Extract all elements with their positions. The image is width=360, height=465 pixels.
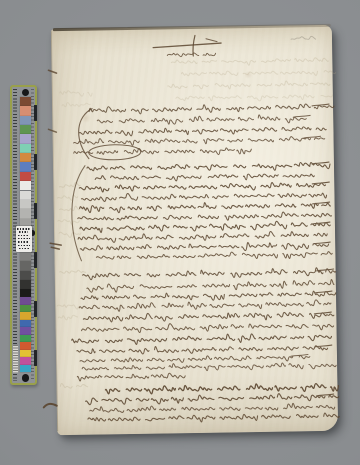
color-patch-gray-75 xyxy=(20,200,31,209)
pencil-folio-mark-line xyxy=(291,36,316,39)
paragraph-1-line xyxy=(79,126,326,137)
paragraph-2-line xyxy=(96,251,332,262)
color-patch-lavender xyxy=(20,134,31,143)
paragraph-3-line xyxy=(77,344,332,355)
paragraph-2-line xyxy=(78,211,332,222)
paragraph-4-line xyxy=(88,413,339,424)
color-patch-green-2 xyxy=(20,305,31,313)
color-patch-blue xyxy=(20,162,31,171)
binding-stitch-2 xyxy=(48,129,56,132)
paragraph-2-line xyxy=(80,220,330,232)
top-registration-dot xyxy=(22,89,29,96)
paragraph-1-line xyxy=(74,147,252,157)
paragraph-2-line xyxy=(95,172,314,182)
paragraph-3-line xyxy=(72,333,332,346)
color-patch-gray-90 xyxy=(20,191,31,200)
focus-bar xyxy=(34,154,37,170)
handwriting-layer xyxy=(51,25,338,435)
color-patch-blue-2 xyxy=(20,320,31,328)
bleedthrough-ghosts-line xyxy=(58,315,77,320)
paragraph-2-line xyxy=(80,201,331,214)
paragraph-3-line xyxy=(77,373,185,381)
paragraph-3-line xyxy=(82,361,336,373)
bleedthrough-ghosts-line xyxy=(60,270,86,273)
color-patch-orange xyxy=(20,153,31,162)
gray-patch-gray-25 xyxy=(20,261,31,270)
bleedthrough-ghosts-line xyxy=(62,102,90,107)
barcode-row xyxy=(17,228,30,230)
gray-patch-gray-35 xyxy=(20,252,31,261)
archival-photo-scene xyxy=(0,0,360,465)
color-patch-amber xyxy=(20,312,31,320)
paragraph-1-line xyxy=(97,114,310,126)
paragraph-2-line xyxy=(80,241,330,253)
color-patch-salmon xyxy=(20,106,31,115)
bleedthrough-ghosts-line xyxy=(60,383,87,388)
barcode-row xyxy=(19,231,28,233)
focus-bar xyxy=(34,105,37,121)
paragraph-3-line xyxy=(87,279,334,292)
invocation-cross-tick xyxy=(206,39,217,42)
paragraph-3-line xyxy=(81,290,336,302)
color-patch-gray-60 xyxy=(20,209,31,218)
paragraph-1-line xyxy=(89,103,334,115)
paragraph-4-line xyxy=(90,403,335,413)
bleedthrough-ghosts-line xyxy=(60,206,80,211)
color-calibration-target xyxy=(10,85,37,385)
bleedthrough-ghosts-line xyxy=(57,195,77,200)
binding-stitch-3 xyxy=(50,243,61,249)
color-patch-red-orange xyxy=(20,342,31,350)
paragraph-2-line xyxy=(79,182,329,193)
color-patch-mint xyxy=(20,144,31,153)
gray-patch-gray-10 xyxy=(20,280,31,289)
docket-word-line xyxy=(167,53,215,57)
barcode-row xyxy=(18,245,31,247)
margin-brace-paragraph-1 xyxy=(78,109,93,159)
paragraph-2-line xyxy=(81,190,326,201)
bleedthrough-ghosts-line xyxy=(60,90,92,96)
invocation-cross-horizontal xyxy=(153,43,221,48)
color-patch-yellow xyxy=(20,350,31,358)
paragraph-3-line xyxy=(83,310,334,322)
color-patch-green-3 xyxy=(20,335,31,343)
paragraph-3-line xyxy=(80,354,310,364)
color-patch-violet xyxy=(20,327,31,335)
color-patch-green xyxy=(20,125,31,134)
bleedthrough-ghosts-line xyxy=(58,219,80,224)
barcode-row xyxy=(18,238,30,240)
bleedthrough-ghosts-line xyxy=(176,94,333,102)
color-patch-magenta xyxy=(20,357,31,365)
bleedthrough-ghosts-line xyxy=(57,305,78,310)
binding-stitch-1 xyxy=(48,70,56,73)
barcode-row xyxy=(18,235,29,237)
barcode-row xyxy=(19,248,29,250)
color-patch-white xyxy=(20,181,31,190)
paragraph-2-line xyxy=(78,231,327,243)
focus-bar xyxy=(34,252,37,268)
paragraph-2-line xyxy=(87,162,330,173)
manufacturer-mini-label xyxy=(13,345,18,373)
gray-patch-gray-18 xyxy=(20,271,31,280)
focus-bar xyxy=(34,350,37,366)
color-patch-slate-blue xyxy=(20,116,31,125)
bleedthrough-ghosts-line xyxy=(59,232,81,238)
paragraph-3-line xyxy=(81,321,333,333)
manuscript-leaf xyxy=(51,25,338,435)
barcode-label xyxy=(16,226,33,252)
color-patch-cyan xyxy=(20,365,31,373)
focus-bar xyxy=(34,301,37,317)
focus-bar xyxy=(34,203,37,219)
bottom-registration-dot xyxy=(22,374,29,381)
bleedthrough-ghosts-line xyxy=(182,69,336,77)
barcode-row xyxy=(18,241,28,243)
bleedthrough-ghosts-line xyxy=(168,80,330,90)
paragraph-3-line xyxy=(83,267,336,279)
color-patch-red xyxy=(20,172,31,181)
color-patch-purple xyxy=(20,297,31,305)
bleedthrough-ghosts-line xyxy=(59,182,80,187)
paragraph-4-line xyxy=(86,393,339,405)
bleedthrough-ghosts-line xyxy=(171,58,328,67)
margin-brace-paragraph-2 xyxy=(71,166,86,261)
loose-thread-bottom-left xyxy=(44,404,57,408)
paragraph-4-line xyxy=(105,383,338,395)
color-patch-dark-brown xyxy=(20,97,31,106)
paragraph-3-line xyxy=(79,300,331,312)
